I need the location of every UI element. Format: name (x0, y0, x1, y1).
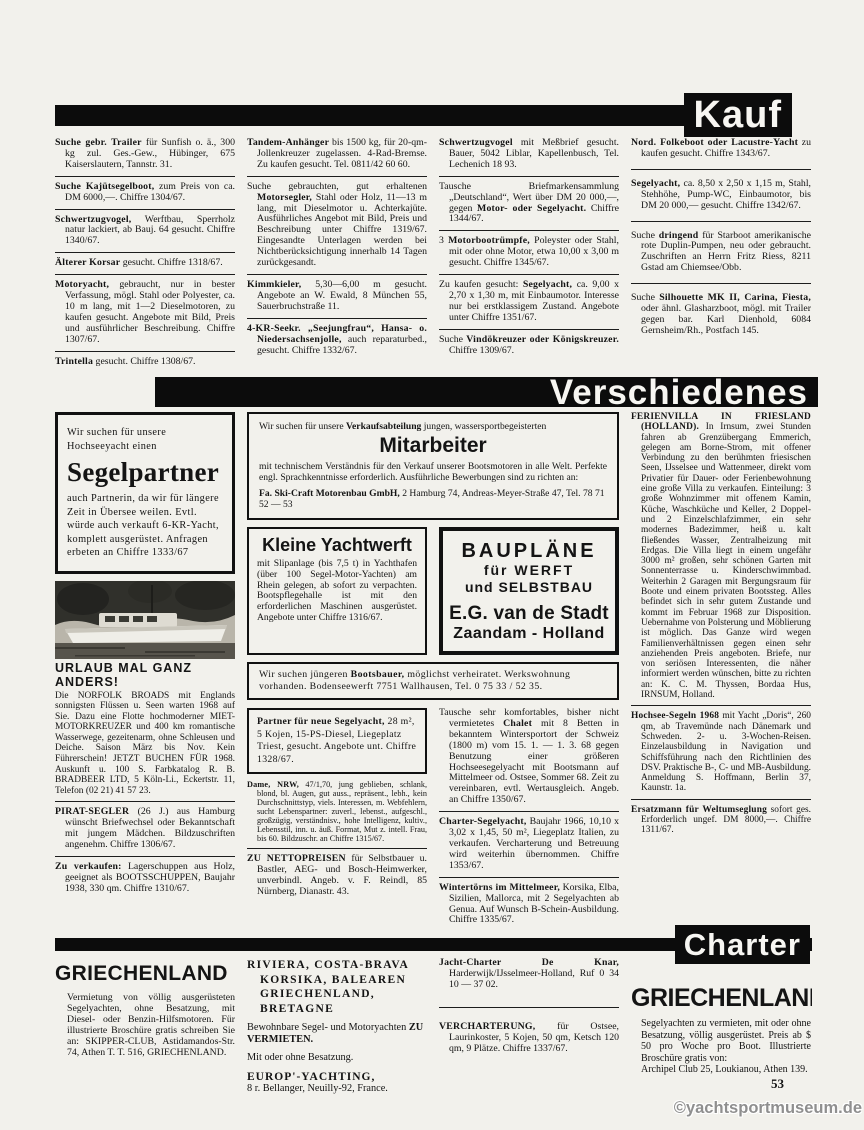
verschiedenes-column-4: FERIENVILLA IN FRIESLAND (HOLLAND). In I… (631, 412, 811, 926)
divider (55, 856, 235, 857)
classified-ad: Schwertzugvogel, Werftbau, Sperrholz nat… (55, 215, 235, 248)
kauf-column-3: Schwertzugvogel mit Meßbrief gesucht. Ba… (439, 138, 619, 368)
classified-ad: Älterer Korsar gesucht. Chiffre 1318/67. (55, 258, 235, 269)
verschiedenes-section-title: Verschiedenes (550, 373, 808, 412)
kauf-section-bar: Kauf (55, 105, 792, 126)
verschiedenes-column-2: Partner für neue Segelyacht, 28 m², 5 Ko… (247, 708, 427, 926)
divider (631, 169, 811, 170)
divider (439, 230, 619, 231)
classified-ad: Suche dringend für Starboot amerikanisch… (631, 231, 811, 275)
charter-griechenland-heading: GRIECHENLAND (631, 985, 811, 1012)
verschiedenes-column-1: Wir suchen für unsere Hochseeyacht einen… (55, 412, 235, 926)
divider (55, 209, 235, 210)
classified-ad: Schwertzugvogel mit Meßbrief gesucht. Ba… (439, 138, 619, 171)
bauplaene-line2: für WERFT (447, 562, 611, 579)
mitarbeiter-title: Mitarbeiter (259, 434, 607, 458)
divider (55, 351, 235, 352)
riviera-line1: RIVIERA, COSTA-BRAVA (247, 958, 427, 973)
divider (247, 318, 427, 319)
verschiedenes-column-3: Tausche sehr komfortables, bisher nicht … (439, 708, 619, 926)
kauf-column-1: Suche gebr. Trailer für Sunfish o. ä., 3… (55, 138, 235, 368)
divider (439, 1007, 619, 1008)
classified-ad: FERIENVILLA IN FRIESLAND (HOLLAND). In I… (631, 412, 811, 700)
classified-ad: Suche Vindökreuzer oder Königskreuzer. C… (439, 335, 619, 357)
divider (631, 283, 811, 284)
classified-ad: VERCHARTERUNG, für Ostsee, Laurinkoster,… (439, 1022, 619, 1055)
classified-ad: Trintella gesucht. Chiffre 1308/67. (55, 357, 235, 368)
yachtwerft-title: Kleine Yachtwerft (257, 535, 417, 556)
magazine-classifieds-page: Kauf Suche gebr. Trailer für Sunfish o. … (0, 0, 864, 1130)
urlaub-body: Die NORFOLK BROADS mit Englands sonnigst… (55, 691, 235, 797)
riviera-contact: EUROP'-YACHTING, (247, 1071, 427, 1083)
charter-section-bar: Charter (55, 938, 812, 951)
urlaub-title: URLAUB MAL GANZ ANDERS! (55, 661, 235, 689)
divider (439, 329, 619, 330)
divider (247, 848, 427, 849)
charter-column-3: Jacht-Charter De Knar, Harderwijk/IJssel… (439, 958, 619, 1095)
riviera-line3: GRIECHENLAND, BRETAGNE (247, 987, 427, 1016)
mitarbeiter-body: mit technischem Verständnis für den Verk… (259, 461, 607, 483)
griechenland-heading: GRIECHENLAND (55, 962, 235, 985)
page-number: 53 (771, 1076, 784, 1092)
mitarbeiter-contact: Fa. Ski-Craft Motorenbau GmbH, 2 Hamburg… (259, 488, 607, 510)
classified-ad: Jacht-Charter De Knar, Harderwijk/IJssel… (439, 958, 619, 991)
bauplaene-line1: BAUPLÄNE (447, 540, 611, 562)
segelpartner-title: Segelpartner (67, 457, 223, 487)
bauplaene-box-ad: BAUPLÄNE für WERFT und SELBSTBAU E.G. va… (439, 527, 619, 655)
kauf-column-4: Nord. Folkeboot oder Lacustre-Yacht zu k… (631, 138, 811, 368)
divider (631, 221, 811, 222)
riviera-line2: KORSIKA, BALEAREN (247, 973, 427, 988)
classified-ad: Nord. Folkeboot oder Lacustre-Yacht zu k… (631, 138, 811, 160)
charter-section: GRIECHENLAND Vermietung von völlig ausge… (55, 958, 812, 1108)
classified-ad: ZU NETTOPREISEN für Selbstbauer u. Bastl… (247, 854, 427, 898)
kauf-section: Suche gebr. Trailer für Sunfish o. ä., 3… (55, 138, 812, 374)
classified-ad: Tausche sehr komfortables, bisher nicht … (439, 708, 619, 806)
divider (247, 176, 427, 177)
bauplaene-company: E.G. van de Stadt (447, 603, 611, 624)
verschiedenes-middle-area: Wir suchen für unsere Verkaufsabteilung … (247, 412, 619, 926)
divider (55, 252, 235, 253)
segelpartner-intro: Wir suchen für unsere Hochseeyacht einen (67, 426, 223, 453)
divider (439, 877, 619, 878)
classified-ad: Segelyacht, ca. 8,50 x 2,50 x 1,15 m, St… (631, 179, 811, 212)
partner-box-ad: Partner für neue Segelyacht, 28 m², 5 Ko… (247, 708, 427, 774)
divider (631, 799, 811, 800)
kauf-column-2: Tandem-Anhänger bis 1500 kg, für 20-qm-J… (247, 138, 427, 368)
kauf-section-title: Kauf (684, 93, 792, 137)
riviera-body2: Mit oder ohne Besatzung. (247, 1052, 427, 1064)
classified-ad: Zu verkaufen: Lagerschuppen aus Holz, ge… (55, 862, 235, 895)
riviera-address: 8 r. Bellanger, Neuilly-92, France. (247, 1083, 427, 1095)
yachtwerft-box-ad: Kleine Yachtwerft mit Slipanlage (bis 7,… (247, 527, 427, 655)
yachtwerft-body: mit Slipanlage (bis 7,5 t) in Yachthafen… (257, 559, 417, 624)
classified-ad: Ersatzmann für Weltumseglung sofort ges.… (631, 805, 811, 836)
classified-ad: Suche gebr. Trailer für Sunfish o. ä., 3… (55, 138, 235, 171)
mitarbeiter-intro: Wir suchen für unsere Verkaufsabteilung … (259, 421, 607, 432)
classified-ad: Hochsee-Segeln 1968 mit Yacht „Doris“, 2… (631, 711, 811, 793)
classified-ad: 4-KR-Seekr. „Seejungfrau“, Hansa- o. Nie… (247, 324, 427, 357)
riviera-ad: RIVIERA, COSTA-BRAVA KORSIKA, BALEAREN G… (247, 958, 427, 1095)
divider (55, 801, 235, 802)
classified-ad: Suche gebrauchten, gut erhaltenen Motors… (247, 182, 427, 269)
classified-ad: Wintertörns im Mittelmeer, Korsika, Elba… (439, 883, 619, 927)
charter-griechenland-body: Segelyachten zu vermieten, mit oder ohne… (631, 1018, 811, 1064)
charter-column-2: RIVIERA, COSTA-BRAVA KORSIKA, BALEAREN G… (247, 958, 427, 1095)
griechenland-body: Vermietung von völlig ausgerüsteten Sege… (67, 992, 235, 1058)
charter-column-1: GRIECHENLAND Vermietung von völlig ausge… (55, 958, 235, 1095)
classified-ad: Tandem-Anhänger bis 1500 kg, für 20-qm-J… (247, 138, 427, 171)
charter-column-4: GRIECHENLAND Segelyachten zu vermieten, … (631, 958, 811, 1095)
classified-ad: Kimmkieler, 5,30—6,00 m gesucht. Angebot… (247, 280, 427, 313)
classified-ad: Dame, NRW, 47/1,70, jung geblieben, schl… (247, 780, 427, 843)
bauplaene-line3: und SELBSTBAU (447, 579, 611, 596)
urlaub-ad: URLAUB MAL GANZ ANDERS! Die NORFOLK BROA… (55, 661, 235, 797)
classified-ad: Tausche Briefmarkensammlung „Deutschland… (439, 182, 619, 226)
classified-ad: PIRAT-SEGLER (26 J.) aus Hamburg wünscht… (55, 807, 235, 851)
divider (439, 274, 619, 275)
verschiedenes-section: Wir suchen für unsere Hochseeyacht einen… (55, 412, 812, 934)
bauplaene-city: Zaandam - Holland (447, 624, 611, 643)
classified-ad: Charter-Segelyacht, Baujahr 1966, 10,10 … (439, 817, 619, 872)
divider (631, 705, 811, 706)
classified-ad: Suche Kajütsegelboot, zum Preis von ca. … (55, 182, 235, 204)
classified-ad: Zu kaufen gesucht: Segelyacht, ca. 9,00 … (439, 280, 619, 324)
charter-griechenland-contact: Archipel Club 25, Loukianou, Athen 139. (631, 1064, 811, 1076)
motor-cruiser-photo (55, 581, 235, 659)
segelpartner-body: auch Partnerin, da wir für längere Zeit … (67, 492, 223, 560)
divider (247, 274, 427, 275)
divider (55, 274, 235, 275)
riviera-body: Bewohnbare Segel- und Motoryachten ZU VE… (247, 1022, 427, 1046)
divider (439, 176, 619, 177)
classified-ad: Motoryacht, gebraucht, nur in bester Ver… (55, 280, 235, 345)
segelpartner-box-ad: Wir suchen für unsere Hochseeyacht einen… (55, 412, 235, 574)
mitarbeiter-box-ad: Wir suchen für unsere Verkaufsabteilung … (247, 412, 619, 520)
classified-ad: Suche Silhouette MK II, Carina, Fiesta, … (631, 293, 811, 337)
verschiedenes-section-bar: Verschiedenes (155, 377, 818, 407)
bootsbauer-box-ad: Wir suchen jüngeren Bootsbauer, möglichs… (247, 662, 619, 700)
divider (439, 811, 619, 812)
watermark: ©yachtsportmuseum.de (674, 1099, 862, 1118)
divider (55, 176, 235, 177)
classified-ad: 3 Motorbootrümpfe, Poleyster oder Stahl,… (439, 236, 619, 269)
